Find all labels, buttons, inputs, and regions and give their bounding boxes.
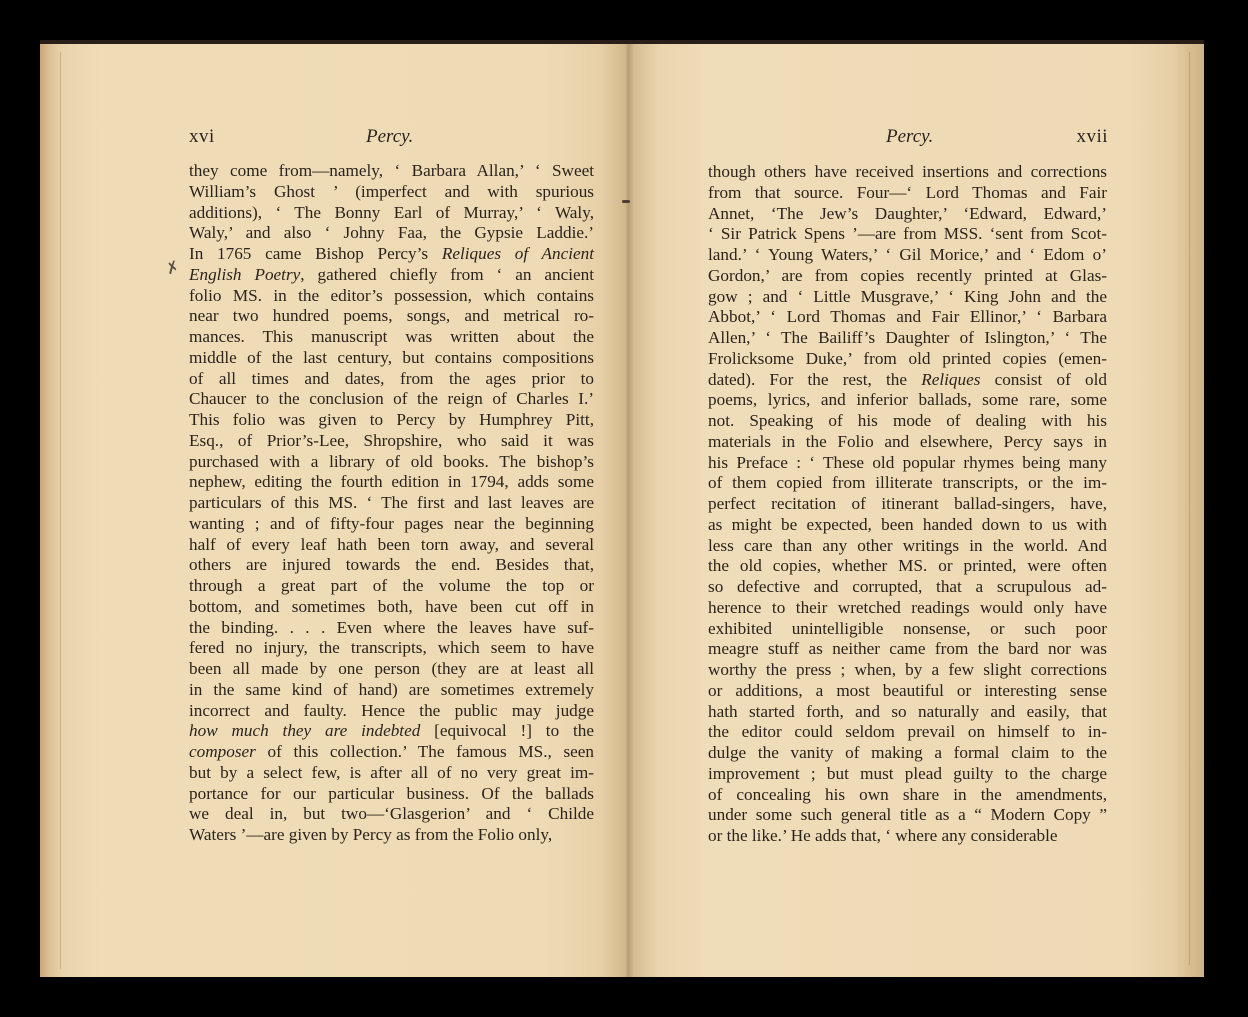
- text-line: In 1765 came Bishop Percy’s Reliques of …: [189, 244, 594, 265]
- text-segment: dulge the vanity of making a formal clai…: [708, 743, 1107, 762]
- text-segment: Esq., of Prior’s-Lee, Shropshire, who sa…: [189, 431, 594, 450]
- text-segment: materials in the Folio and elsewhere, Pe…: [708, 432, 1107, 451]
- text-segment: land.’ ‘ Young Waters,’ ‘ Gil Morice,’ a…: [708, 245, 1107, 264]
- text-segment: poems, lyrics, and inferior ballads, som…: [708, 390, 1107, 409]
- text-segment: bottom, and sometimes both, have been cu…: [189, 597, 594, 616]
- text-segment: incorrect and faulty. Hence the public m…: [189, 701, 594, 720]
- text-segment: fered no injury, the transcripts, which …: [189, 638, 594, 657]
- text-segment: folio MS. in the editor’s possession, wh…: [189, 286, 594, 305]
- text-segment: we deal in, but two—‘Glasgerion’ and ‘ C…: [189, 804, 594, 823]
- text-line: composer of this collection.’ The famous…: [189, 742, 594, 763]
- text-line: English Poetry, gathered chiefly from ‘ …: [189, 265, 594, 286]
- text-segment: perfect recitation of itinerant ballad-s…: [708, 494, 1107, 513]
- text-segment: dated). For the rest, the: [708, 370, 921, 389]
- text-segment: improvement ; but must plead guilty to t…: [708, 764, 1107, 783]
- text-line: not. Speaking of his mode of dealing wit…: [708, 411, 1107, 432]
- right-page: Percy. xvii though others have received …: [628, 40, 1204, 977]
- text-line: particulars of this MS. ‘ The first and …: [189, 493, 594, 514]
- text-line: they come from—namely, ‘ Barbara Allan,’…: [189, 161, 594, 182]
- text-segment: others are injured towards the end. Besi…: [189, 555, 594, 574]
- text-segment: not. Speaking of his mode of dealing wit…: [708, 411, 1107, 430]
- text-segment: from that source. Four—‘ Lord Thomas and…: [708, 183, 1107, 202]
- text-segment: Waters ’—are given by Percy as from the …: [189, 825, 552, 844]
- text-line: Allen,’ ‘ The Bailiff’s Daughter of Isli…: [708, 328, 1107, 349]
- text-line: purchased with a library of old books. T…: [189, 452, 594, 473]
- text-line: Esq., of Prior’s-Lee, Shropshire, who sa…: [189, 431, 594, 452]
- text-line: under some such general title as a “ Mod…: [708, 805, 1107, 826]
- italic-text: Reliques: [921, 370, 980, 389]
- text-segment: Frolicksome Duke,’ from old printed copi…: [708, 349, 1107, 368]
- text-segment: meagre stuff as neither came from the ba…: [708, 639, 1107, 658]
- text-line: of them copied from illiterate transcrip…: [708, 473, 1107, 494]
- text-line: exhibited unintelligible nonsense, or su…: [708, 619, 1107, 640]
- text-segment: through a great part of the volume the t…: [189, 576, 594, 595]
- page-number: xvii: [1076, 126, 1108, 148]
- text-line: worthy the press ; when, by a few slight…: [708, 660, 1107, 681]
- text-line: less care than any other writings in the…: [708, 536, 1107, 557]
- text-segment: additions), ‘ The Bonny Earl of Murray,’…: [189, 203, 594, 222]
- text-line: Waly,’ and also ‘ Johny Faa, the Gypsie …: [189, 223, 594, 244]
- text-segment: ‘ Sir Patrick Spens ’—are from MSS. ‘sen…: [708, 224, 1107, 243]
- text-line: Chaucer to the conclusion of the reign o…: [189, 389, 594, 410]
- text-segment: the editor could seldom prevail on himse…: [708, 722, 1107, 741]
- text-segment: Gordon,’ are from copies recently printe…: [708, 266, 1107, 285]
- text-segment: [equivocal !] to the: [420, 721, 594, 740]
- text-line: nephew, editing the fourth edition in 17…: [189, 472, 594, 493]
- text-segment: exhibited unintelligible nonsense, or su…: [708, 619, 1107, 638]
- text-segment: wanting ; and of fifty-four pages near t…: [189, 514, 594, 533]
- text-line: the binding. . . . Even where the leaves…: [189, 618, 594, 639]
- text-segment: been all made by one person (they are at…: [189, 659, 594, 678]
- text-segment: less care than any other writings in the…: [708, 536, 1107, 555]
- text-line: middle of the last century, but contains…: [189, 348, 594, 369]
- text-line: incorrect and faulty. Hence the public m…: [189, 701, 594, 722]
- text-line: of all times and dates, from the ages pr…: [189, 369, 594, 390]
- text-line: folio MS. in the editor’s possession, wh…: [189, 286, 594, 307]
- text-line: from that source. Four—‘ Lord Thomas and…: [708, 183, 1107, 204]
- right-page-header: Percy. xvii: [708, 126, 1108, 150]
- text-line: gow ; and ‘ Little Musgrave,’ ‘ King Joh…: [708, 287, 1107, 308]
- text-line: or the like.’ He adds that, ‘ where any …: [708, 826, 1107, 847]
- text-segment: but by a select few, is after all of no …: [189, 763, 594, 782]
- text-segment: of concealing his own share in the amend…: [708, 785, 1107, 804]
- text-line: Annet, ‘The Jew’s Daughter,’ ‘Edward, Ed…: [708, 204, 1107, 225]
- text-line: how much they are indebted [equivocal !]…: [189, 721, 594, 742]
- text-segment: near two hundred poems, songs, and metri…: [189, 306, 594, 325]
- text-segment: though others have received insertions a…: [708, 162, 1107, 181]
- text-line: meagre stuff as neither came from the ba…: [708, 639, 1107, 660]
- text-line: Waters ’—are given by Percy as from the …: [189, 825, 594, 846]
- text-segment: mances. This manuscript was written abou…: [189, 327, 594, 346]
- text-line: half of every leaf hath been torn away, …: [189, 535, 594, 556]
- text-segment: Annet, ‘The Jew’s Daughter,’ ‘Edward, Ed…: [708, 204, 1107, 223]
- italic-text: Reliques of Ancient: [442, 244, 594, 263]
- text-line: near two hundred poems, songs, and metri…: [189, 306, 594, 327]
- text-line: though others have received insertions a…: [708, 162, 1107, 183]
- text-line: or additions, a most beautiful or intere…: [708, 681, 1107, 702]
- text-line: fered no injury, the transcripts, which …: [189, 638, 594, 659]
- text-segment: particulars of this MS. ‘ The first and …: [189, 493, 594, 512]
- text-segment: Abbot,’ ‘ Lord Thomas and Fair Ellinor,’…: [708, 307, 1107, 326]
- text-segment: William’s Ghost ’ (imperfect and with sp…: [189, 182, 594, 201]
- text-segment: Waly,’ and also ‘ Johny Faa, the Gypsie …: [189, 223, 594, 242]
- text-line: bottom, and sometimes both, have been cu…: [189, 597, 594, 618]
- text-line: Gordon,’ are from copies recently printe…: [708, 266, 1107, 287]
- text-line: Frolicksome Duke,’ from old printed copi…: [708, 349, 1107, 370]
- text-segment: consist of old: [980, 370, 1107, 389]
- page-number: xvi: [189, 126, 215, 148]
- text-segment: of all times and dates, from the ages pr…: [189, 369, 594, 388]
- italic-text: English Poetry: [189, 265, 300, 284]
- text-segment: of them copied from illiterate transcrip…: [708, 473, 1107, 492]
- text-segment: gow ; and ‘ Little Musgrave,’ ‘ King Joh…: [708, 287, 1107, 306]
- gutter-blemish: [622, 200, 630, 203]
- text-segment: under some such general title as a “ Mod…: [708, 805, 1107, 824]
- text-line: materials in the Folio and elsewhere, Pe…: [708, 432, 1107, 453]
- text-segment: Allen,’ ‘ The Bailiff’s Daughter of Isli…: [708, 328, 1107, 347]
- text-segment: the binding. . . . Even where the leaves…: [189, 618, 594, 637]
- text-line: poems, lyrics, and inferior ballads, som…: [708, 390, 1107, 411]
- text-segment: purchased with a library of old books. T…: [189, 452, 594, 471]
- text-line: Abbot,’ ‘ Lord Thomas and Fair Ellinor,’…: [708, 307, 1107, 328]
- text-line: through a great part of the volume the t…: [189, 576, 594, 597]
- text-line: dulge the vanity of making a formal clai…: [708, 743, 1107, 764]
- right-page-body: though others have received insertions a…: [708, 162, 1107, 847]
- italic-text: composer: [189, 742, 256, 761]
- text-segment: of this collection.’ The famous MS., see…: [256, 742, 594, 761]
- text-segment: middle of the last century, but contains…: [189, 348, 594, 367]
- text-segment: worthy the press ; when, by a few slight…: [708, 660, 1107, 679]
- text-segment: portance for our particular business. Of…: [189, 784, 594, 803]
- text-segment: his Preface : ‘ These old popular rhymes…: [708, 453, 1107, 472]
- left-page-header: xvi Percy.: [189, 126, 596, 150]
- text-line: William’s Ghost ’ (imperfect and with sp…: [189, 182, 594, 203]
- left-page-body: they come from—namely, ‘ Barbara Allan,’…: [189, 161, 594, 846]
- text-segment: hath started forth, and so naturally and…: [708, 702, 1107, 721]
- text-line: the old copies, whether MS. or printed, …: [708, 556, 1107, 577]
- text-segment: , gathered chiefly from ‘ an ancient: [300, 265, 594, 284]
- text-segment: the old copies, whether MS. or printed, …: [708, 556, 1107, 575]
- text-line: This folio was given to Percy by Humphre…: [189, 410, 594, 431]
- text-segment: or the like.’ He adds that, ‘ where any …: [708, 826, 1058, 845]
- text-segment: herence to their wretched readings would…: [708, 598, 1107, 617]
- text-line: in the same kind of hand) are sometimes …: [189, 680, 594, 701]
- text-line: his Preface : ‘ These old popular rhymes…: [708, 453, 1107, 474]
- text-segment: or additions, a most beautiful or intere…: [708, 681, 1107, 700]
- text-line: but by a select few, is after all of no …: [189, 763, 594, 784]
- text-line: of concealing his own share in the amend…: [708, 785, 1107, 806]
- text-line: others are injured towards the end. Besi…: [189, 555, 594, 576]
- text-line: land.’ ‘ Young Waters,’ ‘ Gil Morice,’ a…: [708, 245, 1107, 266]
- text-segment: as might be expected, been handed down t…: [708, 515, 1107, 534]
- left-page: xvi Percy. ✗ they come from—namely, ‘ Ba…: [40, 40, 628, 977]
- text-line: improvement ; but must plead guilty to t…: [708, 764, 1107, 785]
- text-segment: Chaucer to the conclusion of the reign o…: [189, 389, 594, 408]
- text-line: so defective and corrupted, that a scrup…: [708, 577, 1107, 598]
- text-line: herence to their wretched readings would…: [708, 598, 1107, 619]
- text-segment: in the same kind of hand) are sometimes …: [189, 680, 594, 699]
- text-line: additions), ‘ The Bonny Earl of Murray,’…: [189, 203, 594, 224]
- text-segment: nephew, editing the fourth edition in 17…: [189, 472, 594, 491]
- text-line: ‘ Sir Patrick Spens ’—are from MSS. ‘sen…: [708, 224, 1107, 245]
- text-line: we deal in, but two—‘Glasgerion’ and ‘ C…: [189, 804, 594, 825]
- text-line: wanting ; and of fifty-four pages near t…: [189, 514, 594, 535]
- open-book: xvi Percy. ✗ they come from—namely, ‘ Ba…: [40, 40, 1204, 977]
- text-line: mances. This manuscript was written abou…: [189, 327, 594, 348]
- text-line: perfect recitation of itinerant ballad-s…: [708, 494, 1107, 515]
- running-title: Percy.: [366, 126, 413, 148]
- text-line: been all made by one person (they are at…: [189, 659, 594, 680]
- text-line: portance for our particular business. Of…: [189, 784, 594, 805]
- text-segment: so defective and corrupted, that a scrup…: [708, 577, 1107, 596]
- text-line: the editor could seldom prevail on himse…: [708, 722, 1107, 743]
- text-segment: half of every leaf hath been torn away, …: [189, 535, 594, 554]
- text-segment: In 1765 came Bishop Percy’s: [189, 244, 442, 263]
- running-title: Percy.: [886, 126, 933, 148]
- text-line: as might be expected, been handed down t…: [708, 515, 1107, 536]
- text-line: hath started forth, and so naturally and…: [708, 702, 1107, 723]
- text-segment: they come from—namely, ‘ Barbara Allan,’…: [189, 161, 594, 180]
- text-line: dated). For the rest, the Reliques consi…: [708, 370, 1107, 391]
- italic-text: how much they are indebted: [189, 721, 420, 740]
- pencil-mark-icon: ✗: [163, 256, 182, 279]
- text-segment: This folio was given to Percy by Humphre…: [189, 410, 594, 429]
